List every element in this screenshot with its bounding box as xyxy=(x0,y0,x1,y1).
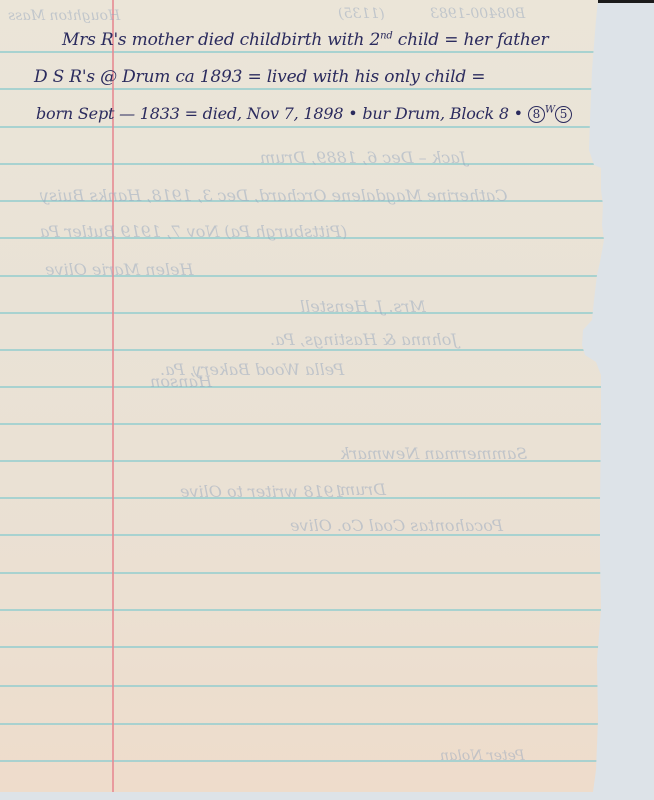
bleed-through-text: Pocahontas Coal Co. Olive xyxy=(290,516,503,535)
bleed-through-text: Johnna & Hastings, Pa. xyxy=(270,330,458,349)
ruled-line xyxy=(0,723,654,725)
ruled-line xyxy=(0,685,654,687)
bleed-through-text: Helen Marie Olive xyxy=(45,260,194,279)
ordinal-suffix: nd xyxy=(380,30,392,41)
superscript-mark: W xyxy=(545,105,555,116)
line-text: born Sept — 1833 = died, Nov 7, 1898 • b… xyxy=(36,104,528,123)
notebook-page: Houghton Mass (1135) B08400-1983 Jack – … xyxy=(0,0,654,792)
ruled-line xyxy=(0,423,654,425)
handwritten-line-1: Mrs R's mother died childbirth with 2nd … xyxy=(62,30,548,50)
ruled-line xyxy=(0,386,654,388)
bleed-through-text: Houghton Mass xyxy=(8,8,120,24)
bleed-through-text: Drum xyxy=(340,480,386,499)
line-text: D S R's @ Drum ca 1893 = lived with his … xyxy=(34,67,485,87)
ruled-line xyxy=(0,460,654,462)
line-text: Mrs R's mother died childbirth with 2 xyxy=(62,30,380,50)
bleed-through-text: Sammerman Newmark xyxy=(340,444,527,463)
handwritten-line-3: born Sept — 1833 = died, Nov 7, 1898 • b… xyxy=(36,104,572,123)
bleed-through-text: 1918 writer to Olive xyxy=(180,482,344,501)
line-text: child = her father xyxy=(393,30,549,50)
bleed-through-text: (Pittsburgh Pa) Nov 7, 1919 Butler Pa xyxy=(40,222,347,241)
bleed-through-text: Catherine Magdalene Orchard, Dec 3, 1918… xyxy=(40,186,507,205)
bleed-through-text: (1135) xyxy=(338,6,385,22)
circled-number: 8 xyxy=(528,106,545,123)
circled-number: 5 xyxy=(555,106,572,123)
ruled-line xyxy=(0,88,654,90)
ruled-line xyxy=(0,572,654,574)
bleed-through-text: B08400-1983 xyxy=(430,6,525,22)
ruled-line xyxy=(0,349,654,351)
handwritten-line-2: D S R's @ Drum ca 1893 = lived with his … xyxy=(34,67,485,87)
bleed-through-text: Peter Nolan xyxy=(440,748,525,764)
ruled-line xyxy=(0,51,654,53)
scanner-edge-strip xyxy=(598,0,654,3)
bleed-through-text: Mrs. J. Henstell xyxy=(300,297,426,316)
bleed-through-text: Hanson xyxy=(150,372,212,391)
ruled-line xyxy=(0,126,654,128)
ruled-line xyxy=(0,609,654,611)
ruled-line xyxy=(0,646,654,648)
ruled-line xyxy=(0,760,654,762)
bleed-through-text: Jack – Dec 6, 1889, Drum xyxy=(260,148,466,167)
